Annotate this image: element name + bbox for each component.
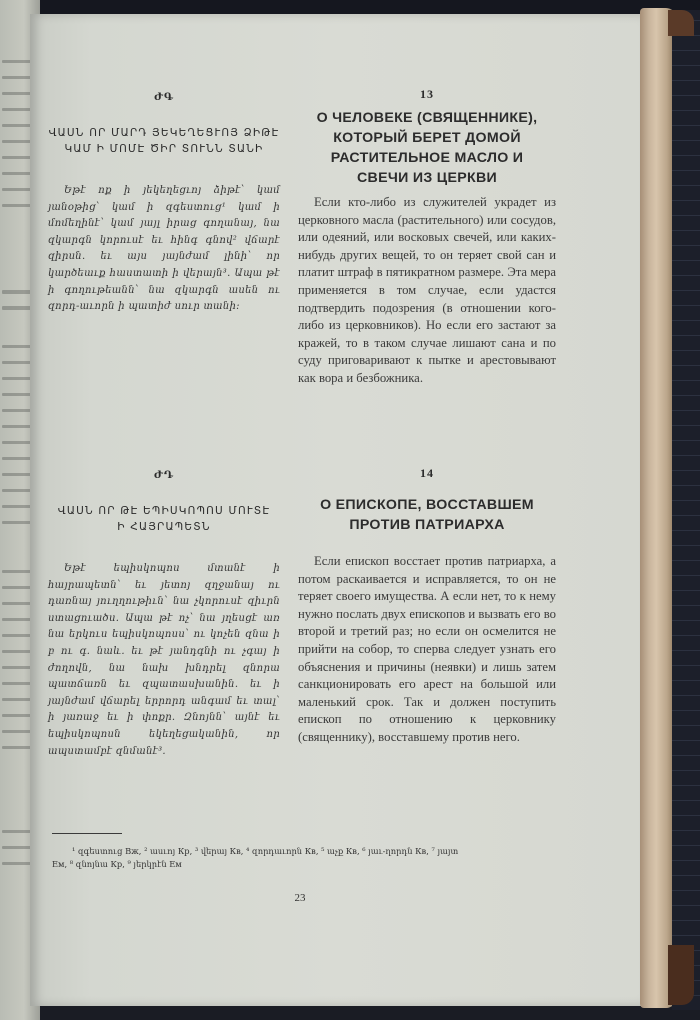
cover-corner <box>668 10 694 36</box>
section-heading: О ЕПИСКОПЕ, ВОССТАВШЕМ ПРОТИВ ПАТРИАРХА <box>298 495 556 535</box>
page-block-edge <box>640 8 676 1008</box>
section-body: Если епископ восстает против патриарха, … <box>298 553 556 747</box>
russian-section-13: 13 О ЧЕЛОВЕКЕ (СВЯЩЕННИКЕ), КОТОРЫЙ БЕРЕ… <box>298 87 556 388</box>
cover-corner <box>668 945 694 1005</box>
section-body: Եթէ եպիսկոպոս մտանէ ի հայրապետն՝ եւ յետո… <box>48 561 280 760</box>
section-heading: ՎԱՍՆ ՈՐ ԹԷ ԵՊԻՍԿՈՊՈՍ ՄՈՒՏԷ Ի ՀԱՅՐԱՊԵՏՆ <box>48 503 280 535</box>
section-number: ԺԳ <box>48 92 280 103</box>
book-cover <box>672 10 700 1010</box>
armenian-section-13: ԺԳ ՎԱՍՆ ՈՐ ՄԱՐԴ ՅԵԿԵՂԵՑՒՈՅ ՁԻԹԷ ԿԱՄ Ի ՄՈ… <box>48 92 280 316</box>
section-body: Если кто-либо из служителей украдет из ц… <box>298 194 556 388</box>
section-heading: ՎԱՍՆ ՈՐ ՄԱՐԴ ՅԵԿԵՂԵՑՒՈՅ ՁԻԹԷ ԿԱՄ Ի ՄՈՄԷ … <box>48 125 280 157</box>
section-number: ԺԴ <box>48 470 280 481</box>
russian-section-14: 14 О ЕПИСКОПЕ, ВОССТАВШЕМ ПРОТИВ ПАТРИАР… <box>298 466 556 747</box>
section-number: 13 <box>298 87 556 102</box>
footnotes: ¹ զգեստուց Вж, ² ասւոյ Кр, ³ վերայ Кв, ⁴… <box>52 845 472 871</box>
section-body: Եթէ ոք ի յեկեղեցւոյ ձիթէ՝ կամ յանօթից՝ կ… <box>48 183 280 316</box>
section-number: 14 <box>298 466 556 481</box>
section-heading: О ЧЕЛОВЕКЕ (СВЯЩЕННИКЕ), КОТОРЫЙ БЕРЕТ Д… <box>298 108 556 188</box>
page-number: 23 <box>280 892 320 904</box>
footnote-divider <box>52 833 122 834</box>
armenian-section-14: ԺԴ ՎԱՍՆ ՈՐ ԹԷ ԵՊԻՍԿՈՊՈՍ ՄՈՒՏԷ Ի ՀԱՅՐԱՊԵՏ… <box>48 470 280 760</box>
background-top <box>0 0 700 14</box>
